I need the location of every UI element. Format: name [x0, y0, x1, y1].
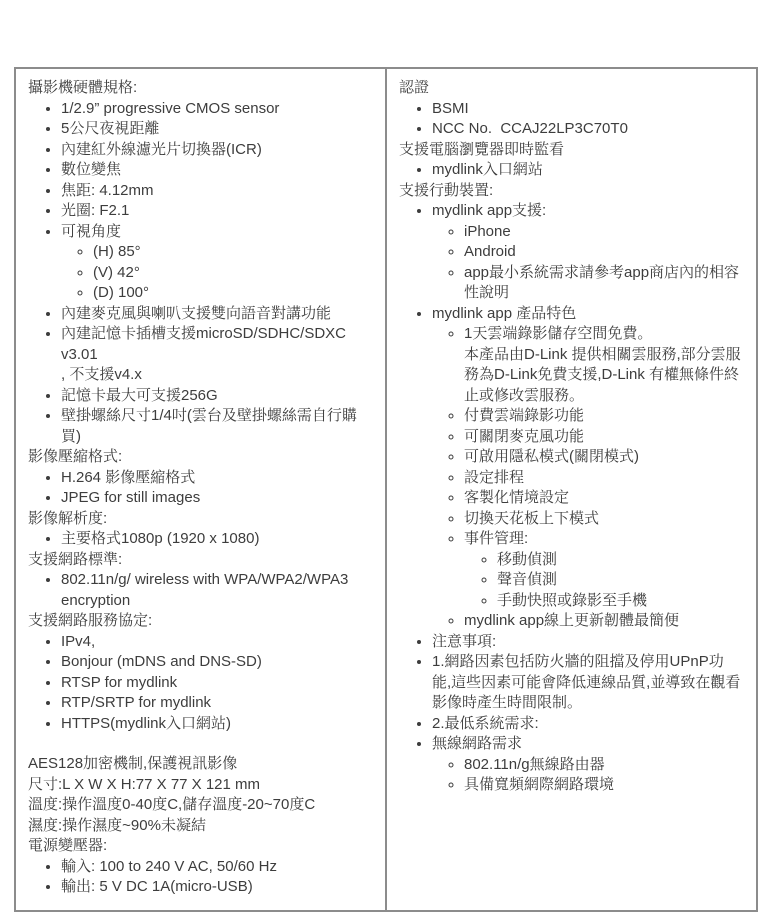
- list-item-text: 記憶卡最大可支援256G: [61, 387, 218, 404]
- spec-table: 攝影機硬體規格:1/2.9” progressive CMOS sensor5公…: [14, 67, 758, 912]
- list-item-text: iPhone: [464, 223, 511, 240]
- list-item: 移動偵測: [497, 550, 742, 571]
- spec-list: H.264 影像壓縮格式JPEG for still images: [28, 468, 371, 509]
- list-item-text: 可啟用隱私模式(關閉模式): [464, 448, 639, 465]
- spec-list: 移動偵測聲音偵測手動快照或錄影至手機: [464, 550, 742, 612]
- list-item: H.264 影像壓縮格式: [61, 468, 371, 489]
- list-item-text: 1天雲端錄影儲存空間免費。 本產品由D-Link 提供相關雲服務,部分雲服務為D…: [464, 325, 741, 404]
- list-item-text: 輸出: 5 V DC 1A(micro-USB): [61, 878, 253, 895]
- list-item-text: 焦距: 4.12mm: [61, 182, 154, 199]
- list-item: Bonjour (mDNS and DNS-SD): [61, 652, 371, 673]
- list-item: (V) 42°: [93, 263, 371, 284]
- spec-list: 1/2.9” progressive CMOS sensor5公尺夜視距離內建紅…: [28, 99, 371, 448]
- list-item: HTTPS(mydlink入口網站): [61, 714, 371, 735]
- list-item-text: 5公尺夜視距離: [61, 120, 159, 137]
- list-item-text: 無線網路需求: [432, 735, 522, 752]
- list-item: 設定排程: [464, 468, 742, 489]
- list-item: mydlink app支援:iPhoneAndroidapp最小系統需求請參考a…: [432, 201, 742, 304]
- list-item-text: 數位變焦: [61, 161, 121, 178]
- list-item-text: RTP/SRTP for mydlink: [61, 694, 211, 711]
- list-item-text: Android: [464, 243, 516, 260]
- list-item: 802.11n/g無線路由器: [464, 755, 742, 776]
- section-heading: 支援電腦瀏覽器即時監看: [399, 140, 742, 161]
- list-item: 802.11n/g/ wireless with WPA/WPA2/WPA3 e…: [61, 570, 371, 611]
- list-item-text: 移動偵測: [497, 551, 557, 568]
- spec-list: (H) 85°(V) 42°(D) 100°: [61, 242, 371, 304]
- list-item-text: HTTPS(mydlink入口網站): [61, 715, 231, 732]
- section-heading: 支援網路服務協定:: [28, 611, 371, 632]
- list-item: app最小系統需求請參考app商店內的相容性說明: [464, 263, 742, 304]
- list-item: 光圈: F2.1: [61, 201, 371, 222]
- list-item: iPhone: [464, 222, 742, 243]
- list-item: 內建記憶卡插槽支援microSD/SDHC/SDXC v3.01 , 不支援v4…: [61, 324, 371, 386]
- spec-list: IPv4,Bonjour (mDNS and DNS-SD)RTSP for m…: [28, 632, 371, 735]
- list-item-text: 客製化情境設定: [464, 489, 569, 506]
- list-item: NCC No. CCAJ22LP3C70T0: [432, 119, 742, 140]
- list-item-text: 壁掛螺絲尺寸1/4吋(雲台及壁掛螺絲需自行購買): [61, 407, 357, 445]
- spec-list: 802.11n/g無線路由器具備寬頻網際網路環境: [432, 755, 742, 796]
- list-item: 內建紅外線濾光片切換器(ICR): [61, 140, 371, 161]
- list-item-text: RTSP for mydlink: [61, 674, 177, 691]
- list-item-text: (V) 42°: [93, 264, 140, 281]
- spec-list: 802.11n/g/ wireless with WPA/WPA2/WPA3 e…: [28, 570, 371, 611]
- list-item-text: 切換天花板上下模式: [464, 510, 599, 527]
- list-item-text: 1/2.9” progressive CMOS sensor: [61, 100, 279, 117]
- list-item: 輸出: 5 V DC 1A(micro-USB): [61, 877, 371, 898]
- spec-line: 濕度:操作濕度~90%未凝結: [28, 816, 371, 837]
- section-heading: 支援行動裝置:: [399, 181, 742, 202]
- list-item: Android: [464, 242, 742, 263]
- list-item: 輸入: 100 to 240 V AC, 50/60 Hz: [61, 857, 371, 878]
- list-item: 聲音偵測: [497, 570, 742, 591]
- list-item-text: 可視角度: [61, 223, 121, 240]
- list-item-text: 內建麥克風與喇叭支援雙向語音對講功能: [61, 305, 331, 322]
- section-heading: 認證: [399, 78, 742, 99]
- list-item-text: 內建紅外線濾光片切換器(ICR): [61, 141, 262, 158]
- list-item-text: (H) 85°: [93, 243, 141, 260]
- spec-column-left: 攝影機硬體規格:1/2.9” progressive CMOS sensor5公…: [15, 68, 386, 911]
- list-item: 切換天花板上下模式: [464, 509, 742, 530]
- list-item-text: 事件管理:: [464, 530, 528, 547]
- section-heading: 影像壓縮格式:: [28, 447, 371, 468]
- list-item-text: H.264 影像壓縮格式: [61, 469, 195, 486]
- section-heading: 影像解析度:: [28, 509, 371, 530]
- list-item: 可關閉麥克風功能: [464, 427, 742, 448]
- spec-line: 溫度:操作溫度0-40度C,儲存溫度-20~70度C: [28, 795, 371, 816]
- list-item: (H) 85°: [93, 242, 371, 263]
- list-item-text: JPEG for still images: [61, 489, 200, 506]
- list-item-text: NCC No. CCAJ22LP3C70T0: [432, 120, 628, 137]
- list-item: 主要格式1080p (1920 x 1080): [61, 529, 371, 550]
- spec-list: iPhoneAndroidapp最小系統需求請參考app商店內的相容性說明: [432, 222, 742, 304]
- list-item: 1天雲端錄影儲存空間免費。 本產品由D-Link 提供相關雲服務,部分雲服務為D…: [464, 324, 742, 406]
- section-heading: 攝影機硬體規格:: [28, 78, 371, 99]
- list-item-text: mydlink app支援:: [432, 202, 546, 219]
- list-item: 客製化情境設定: [464, 488, 742, 509]
- list-item: 手動快照或錄影至手機: [497, 591, 742, 612]
- list-item: 數位變焦: [61, 160, 371, 181]
- list-item-text: 設定排程: [464, 469, 524, 486]
- page: 攝影機硬體規格:1/2.9” progressive CMOS sensor5公…: [0, 0, 772, 923]
- list-item: mydlink入口網站: [432, 160, 742, 181]
- list-item-text: mydlink app線上更新韌體最簡便: [464, 612, 679, 629]
- section-heading: 支援網路標準:: [28, 550, 371, 571]
- list-item: 內建麥克風與喇叭支援雙向語音對講功能: [61, 304, 371, 325]
- list-item-text: app最小系統需求請參考app商店內的相容性說明: [464, 264, 739, 302]
- list-item-text: 內建記憶卡插槽支援microSD/SDHC/SDXC v3.01 , 不支援v4…: [61, 325, 346, 383]
- list-item: 事件管理:移動偵測聲音偵測手動快照或錄影至手機: [464, 529, 742, 611]
- list-item-text: 1.網路因素包括防火牆的阻擋及停用UPnP功能,這些因素可能會降低連線品質,並導…: [432, 653, 740, 711]
- spec-column-right: 認證BSMINCC No. CCAJ22LP3C70T0支援電腦瀏覽器即時監看m…: [386, 68, 757, 911]
- list-item-text: 光圈: F2.1: [61, 202, 129, 219]
- list-item: 可視角度(H) 85°(V) 42°(D) 100°: [61, 222, 371, 304]
- section-heading: 電源變壓器:: [28, 836, 371, 857]
- list-item: 注意事項:: [432, 632, 742, 653]
- list-item: RTSP for mydlink: [61, 673, 371, 694]
- list-item: 5公尺夜視距離: [61, 119, 371, 140]
- list-item: IPv4,: [61, 632, 371, 653]
- list-item-text: 802.11n/g/ wireless with WPA/WPA2/WPA3 e…: [61, 571, 348, 609]
- list-item-text: 主要格式1080p (1920 x 1080): [61, 530, 259, 547]
- list-item: 具備寬頻網際網路環境: [464, 775, 742, 796]
- list-item: 1.網路因素包括防火牆的阻擋及停用UPnP功能,這些因素可能會降低連線品質,並導…: [432, 652, 742, 714]
- list-item-text: BSMI: [432, 100, 469, 117]
- list-item-text: 可關閉麥克風功能: [464, 428, 584, 445]
- spec-list: BSMINCC No. CCAJ22LP3C70T0: [399, 99, 742, 140]
- list-item: 記憶卡最大可支援256G: [61, 386, 371, 407]
- list-item-text: IPv4,: [61, 633, 95, 650]
- list-item-text: 802.11n/g無線路由器: [464, 756, 605, 773]
- list-item: mydlink app 產品特色1天雲端錄影儲存空間免費。 本產品由D-Link…: [432, 304, 742, 632]
- list-item: JPEG for still images: [61, 488, 371, 509]
- list-item: mydlink app線上更新韌體最簡便: [464, 611, 742, 632]
- spec-list: 輸入: 100 to 240 V AC, 50/60 Hz輸出: 5 V DC …: [28, 857, 371, 898]
- list-item: 付費雲端錄影功能: [464, 406, 742, 427]
- spec-line: AES128加密機制,保護視訊影像: [28, 754, 371, 775]
- list-item-text: 手動快照或錄影至手機: [497, 592, 647, 609]
- list-item: RTP/SRTP for mydlink: [61, 693, 371, 714]
- list-item-text: Bonjour (mDNS and DNS-SD): [61, 653, 262, 670]
- list-item: 壁掛螺絲尺寸1/4吋(雲台及壁掛螺絲需自行購買): [61, 406, 371, 447]
- list-item: BSMI: [432, 99, 742, 120]
- list-item-text: 2.最低系統需求:: [432, 715, 539, 732]
- list-item-text: mydlink入口網站: [432, 161, 543, 178]
- list-item-text: 聲音偵測: [497, 571, 557, 588]
- list-item: 2.最低系統需求:: [432, 714, 742, 735]
- spacer: [28, 734, 371, 754]
- list-item: 可啟用隱私模式(關閉模式): [464, 447, 742, 468]
- list-item: (D) 100°: [93, 283, 371, 304]
- list-item-text: 具備寬頻網際網路環境: [464, 776, 614, 793]
- spec-list: 主要格式1080p (1920 x 1080): [28, 529, 371, 550]
- list-item: 1/2.9” progressive CMOS sensor: [61, 99, 371, 120]
- list-item-text: 注意事項:: [432, 633, 496, 650]
- list-item: 無線網路需求802.11n/g無線路由器具備寬頻網際網路環境: [432, 734, 742, 796]
- spec-list: mydlink app支援:iPhoneAndroidapp最小系統需求請參考a…: [399, 201, 742, 796]
- list-item-text: 付費雲端錄影功能: [464, 407, 584, 424]
- spec-line: 尺寸:L X W X H:77 X 77 X 121 mm: [28, 775, 371, 796]
- list-item-text: (D) 100°: [93, 284, 149, 301]
- list-item-text: mydlink app 產品特色: [432, 305, 576, 322]
- spec-table-row: 攝影機硬體規格:1/2.9” progressive CMOS sensor5公…: [15, 68, 757, 911]
- spec-list: 1天雲端錄影儲存空間免費。 本產品由D-Link 提供相關雲服務,部分雲服務為D…: [432, 324, 742, 632]
- list-item-text: 輸入: 100 to 240 V AC, 50/60 Hz: [61, 858, 277, 875]
- list-item: 焦距: 4.12mm: [61, 181, 371, 202]
- spec-list: mydlink入口網站: [399, 160, 742, 181]
